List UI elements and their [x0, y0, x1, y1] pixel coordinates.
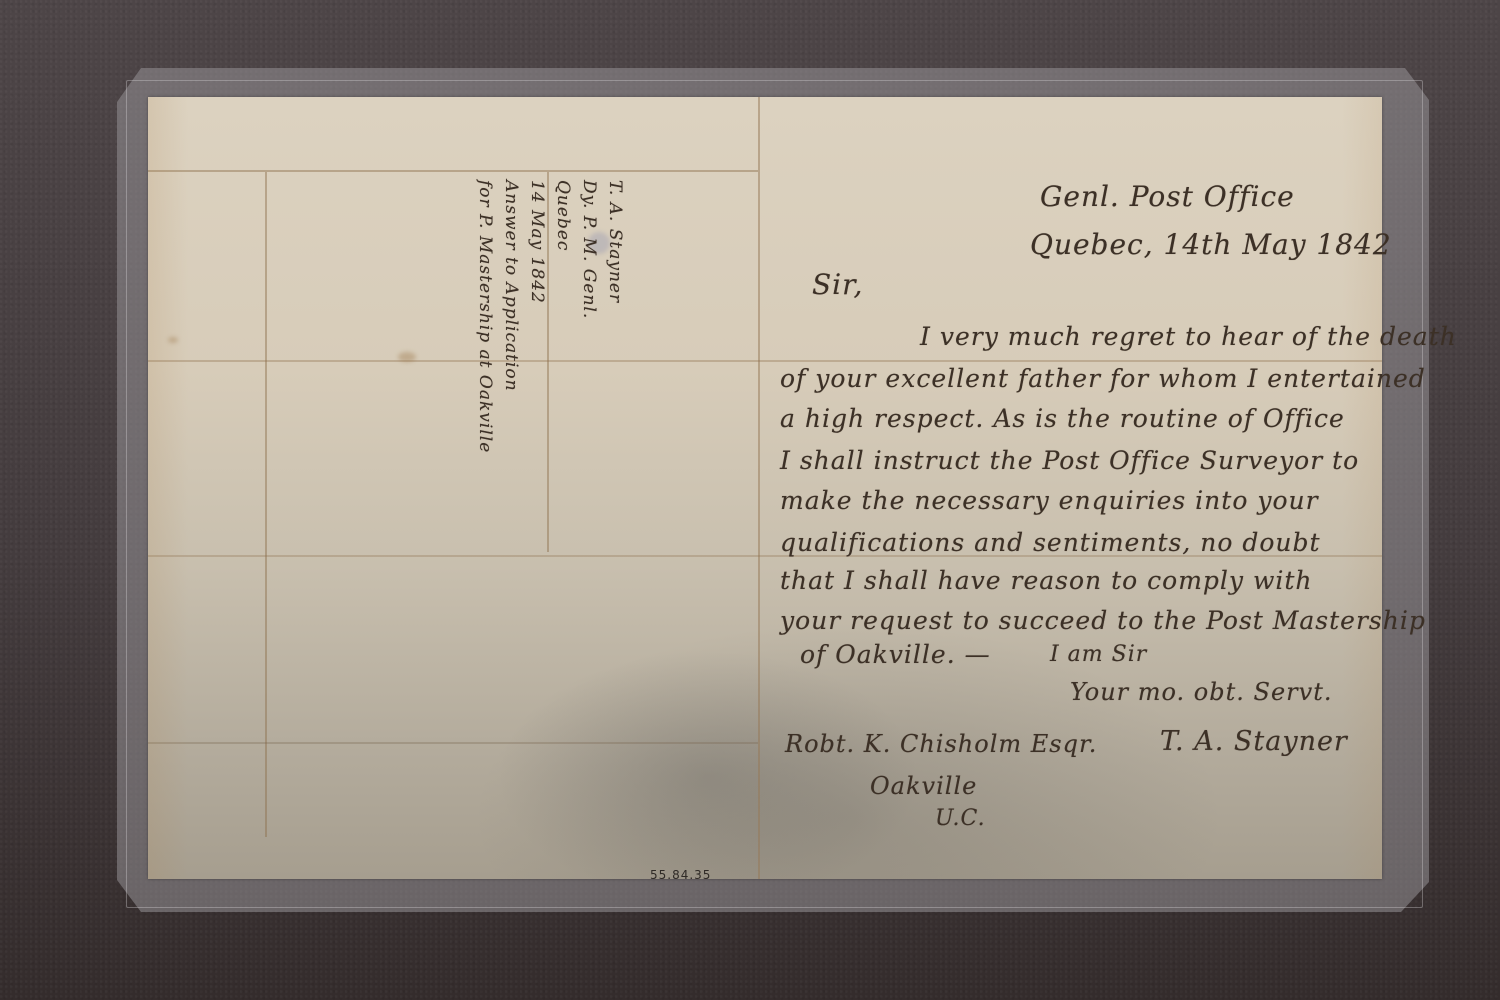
docket-line: Quebec — [550, 180, 576, 453]
letter-body-line: I very much regret to hear of the death — [920, 322, 1457, 351]
letter-body-line: of your excellent father for whom I ente… — [780, 364, 1426, 393]
docket-line: T. A. Stayner — [602, 180, 628, 453]
addressee-region: U.C. — [935, 806, 986, 831]
salutation: Sir, — [812, 268, 863, 301]
letter-heading-place: Genl. Post Office — [1040, 180, 1295, 213]
fold-line — [148, 742, 758, 744]
fold-line — [148, 170, 758, 172]
letter-body-line: I shall instruct the Post Office Surveyo… — [780, 446, 1359, 475]
docket-line: for P. Mastership at Oakville — [472, 180, 498, 453]
letter-body-line: your request to succeed to the Post Mast… — [780, 606, 1426, 635]
letter-body-line: of Oakville. — — [800, 640, 991, 669]
fold-line — [148, 360, 1382, 362]
docket-notation: T. A. Stayner Dy. P. M. Genl. Quebec 14 … — [472, 180, 628, 453]
closing-line: Your mo. obt. Servt. — [1070, 678, 1332, 706]
letter-body-line: make the necessary enquiries into your — [780, 486, 1319, 515]
letter-body-line: a high respect. As is the routine of Off… — [780, 404, 1345, 433]
letter-heading-date: Quebec, 14th May 1842 — [1030, 228, 1392, 261]
foxing-stain — [168, 337, 178, 343]
fold-line — [265, 172, 267, 837]
catalog-number: 55.84.35 — [650, 868, 711, 882]
docket-line: Answer to Application — [498, 180, 524, 453]
addressee-place: Oakville — [870, 772, 977, 800]
center-fold — [758, 97, 760, 879]
foxing-stain — [398, 352, 416, 362]
docket-line: 14 May 1842 — [524, 180, 550, 453]
letter-body-line: qualifications and sentiments, no doubt — [780, 528, 1321, 557]
closing-line: I am Sir — [1050, 642, 1147, 667]
letter-body-line: that I shall have reason to comply with — [780, 566, 1313, 595]
signature: T. A. Stayner — [1160, 726, 1348, 757]
addressee-name: Robt. K. Chisholm Esqr. — [785, 730, 1097, 758]
docket-line: Dy. P. M. Genl. — [576, 180, 602, 453]
